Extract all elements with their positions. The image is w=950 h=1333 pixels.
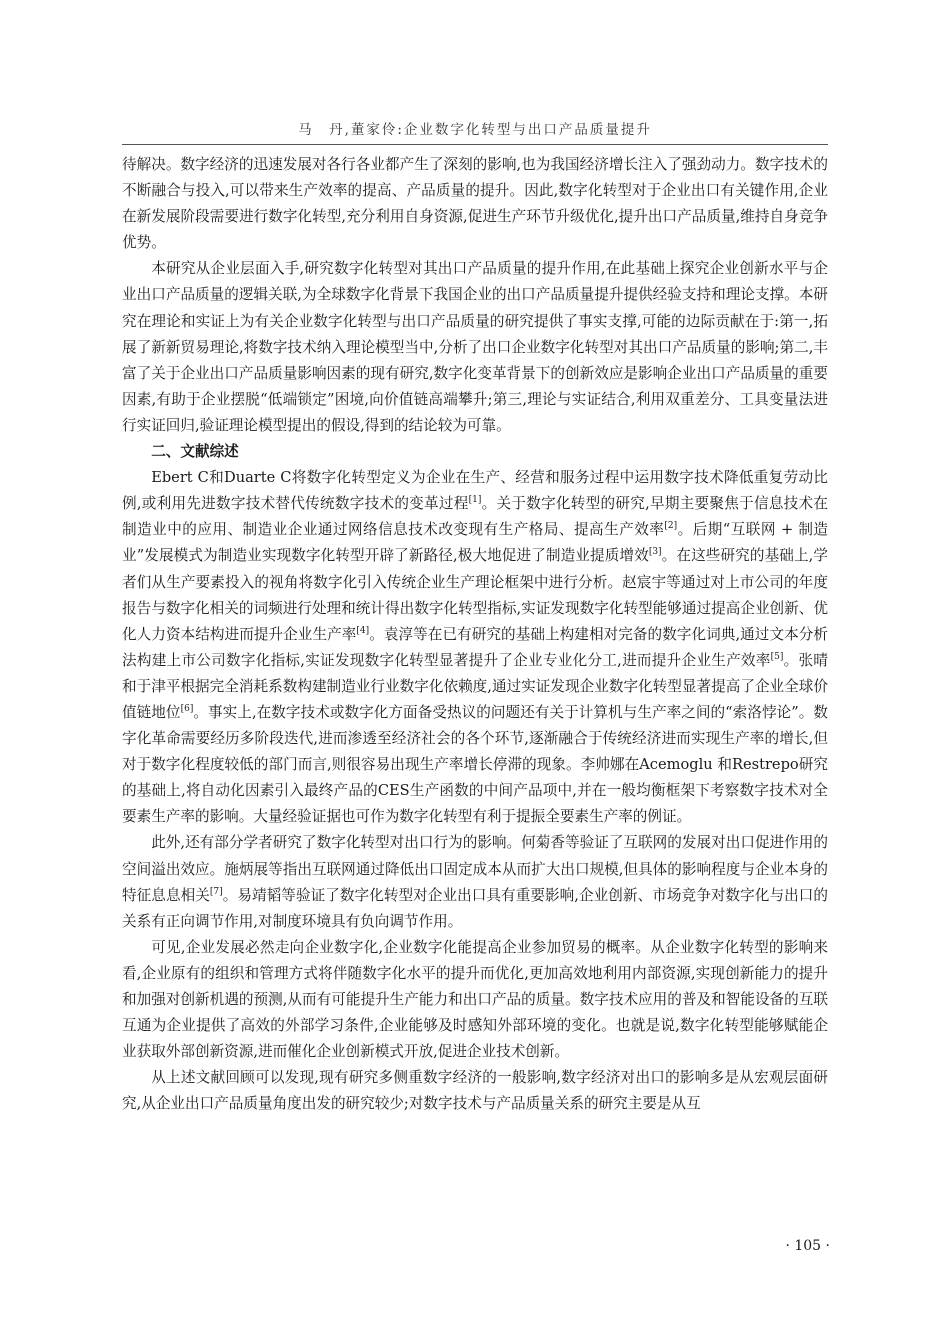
running-head: 马 丹,董家伶:企业数字化转型与出口产品质量提升 [122,118,828,142]
paragraph-intro-continued: 待解决。数字经济的迅速发展对各行各业都产生了深刻的影响,也为我国经济增长注入了强… [122,152,828,256]
paragraph-literature-export: 此外,还有部分学者研究了数字化转型对出口行为的影响。何菊香等验证了互联网的发展对… [122,830,828,934]
page-number: · 105 · [760,1238,830,1254]
citation-ref: [3] [649,547,662,557]
citation-ref: [2] [664,521,677,531]
citation-ref: [6] [181,704,194,714]
section-heading: 二、文献综述 [122,439,828,465]
article-body: 待解决。数字经济的迅速发展对各行各业都产生了深刻的影响,也为我国经济增长注入了强… [122,152,828,1117]
citation-ref: [4] [356,626,369,636]
citation-ref: [1] [469,495,482,505]
paragraph-literature-digital-transformation: Ebert C和Duarte C将数字化转型定义为企业在生产、经营和服务过程中运… [122,465,828,830]
citation-ref: [7] [210,887,223,897]
paragraph-research-gap: 从上述文献回顾可以发现,现有研究多侧重数字经济的一般影响,数字经济对出口的影响多… [122,1065,828,1117]
paragraph-contributions: 本研究从企业层面入手,研究数字化转型对其出口产品质量的提升作用,在此基础上探究企… [122,256,828,439]
header-rule [122,144,828,145]
paragraph-synthesis: 可见,企业发展必然走向企业数字化,企业数字化能提高企业参加贸易的概率。从企业数字… [122,935,828,1065]
page: 马 丹,董家伶:企业数字化转型与出口产品质量提升 待解决。数字经济的迅速发展对各… [122,118,828,1117]
citation-ref: [5] [771,652,784,662]
